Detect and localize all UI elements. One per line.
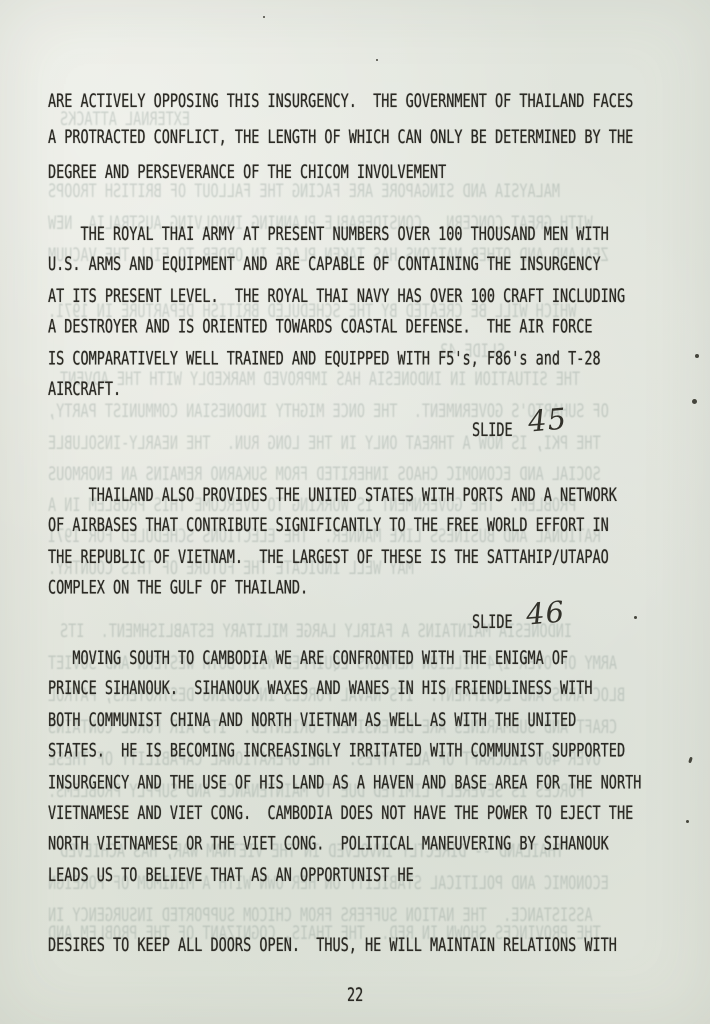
typed-line: A PROTRACTED CONFLICT, THE LENGTH OF WHI… xyxy=(48,120,633,155)
typed-paragraph: DESIRES TO KEEP ALL DOORS OPEN. THUS, HE… xyxy=(48,930,617,961)
paper-speck xyxy=(686,820,689,823)
document-page: EXTERNAL ATTACKSMALAYSIA AND SINGAPORE A… xyxy=(0,0,710,1024)
paper-speck xyxy=(376,59,378,61)
typed-line: THE REPUBLIC OF VIETNAM. THE LARGEST OF … xyxy=(48,542,617,573)
slide-label-typed: SLIDE xyxy=(472,415,513,446)
typed-line: A DESTROYER AND IS ORIENTED TOWARDS COAS… xyxy=(48,312,625,343)
typed-paragraph: THE ROYAL THAI ARMY AT PRESENT NUMBERS O… xyxy=(48,219,625,405)
typed-line: VIETNAMESE AND VIET CONG. CAMBODIA DOES … xyxy=(48,798,641,829)
typed-line: STATES. HE IS BECOMING INCREASINGLY IRRI… xyxy=(48,736,641,767)
typed-line: THE ROYAL THAI ARMY AT PRESENT NUMBERS O… xyxy=(48,219,625,250)
typed-line: AIRCRAFT. xyxy=(48,374,625,405)
typed-paragraph: MOVING SOUTH TO CAMBODIA WE ARE CONFRONT… xyxy=(48,643,641,891)
typed-line: OF AIRBASES THAT CONTRIBUTE SIGNIFICANTL… xyxy=(48,511,617,542)
typed-line: LEADS US TO BELIEVE THAT AS AN OPPORTUNI… xyxy=(48,860,641,891)
stray-tick-mark xyxy=(688,757,693,764)
paper-speck xyxy=(634,616,637,619)
typed-line: PRINCE SIHANOUK. SIHANOUK WAXES AND WANE… xyxy=(48,674,641,705)
typed-paragraph: ARE ACTIVELY OPPOSING THIS INSURGENCY. T… xyxy=(48,85,633,191)
typed-line: DESIRES TO KEEP ALL DOORS OPEN. THUS, HE… xyxy=(48,930,617,961)
typed-line: MOVING SOUTH TO CAMBODIA WE ARE CONFRONT… xyxy=(48,643,641,674)
slide-number-handwritten: 45 xyxy=(527,401,569,438)
bleed-through-line: THE PKI, IS NOW A THREAT ONLY IN THE LON… xyxy=(48,428,601,459)
slide-number-handwritten: 46 xyxy=(525,594,567,631)
typed-line: ARE ACTIVELY OPPOSING THIS INSURGENCY. T… xyxy=(48,85,633,120)
slide-label-typed: SLIDE xyxy=(472,607,513,638)
typed-line: AT ITS PRESENT LEVEL. THE ROYAL THAI NAV… xyxy=(48,281,625,312)
typed-line: INSURGENCY AND THE USE OF HIS LAND AS A … xyxy=(48,767,641,798)
typed-line: BOTH COMMUNIST CHINA AND NORTH VIETNAM A… xyxy=(48,705,641,736)
page-number: 22 xyxy=(347,980,363,1011)
typed-line: THAILAND ALSO PROVIDES THE UNITED STATES… xyxy=(48,480,617,511)
typed-line: NORTH VIETNAMESE OR THE VIET CONG. POLIT… xyxy=(48,829,641,860)
typed-paragraph: THAILAND ALSO PROVIDES THE UNITED STATES… xyxy=(48,480,617,604)
paper-speck xyxy=(695,354,699,358)
paper-speck xyxy=(692,399,697,404)
paper-speck xyxy=(263,16,265,18)
typed-line: DEGREE AND PERSEVERANCE OF THE CHICOM IN… xyxy=(48,156,633,191)
typed-line: IS COMPARATIVELY WELL TRAINED AND EQUIPP… xyxy=(48,343,625,374)
typed-line: U.S. ARMS AND EQUIPMENT AND ARE CAPABLE … xyxy=(48,250,625,281)
